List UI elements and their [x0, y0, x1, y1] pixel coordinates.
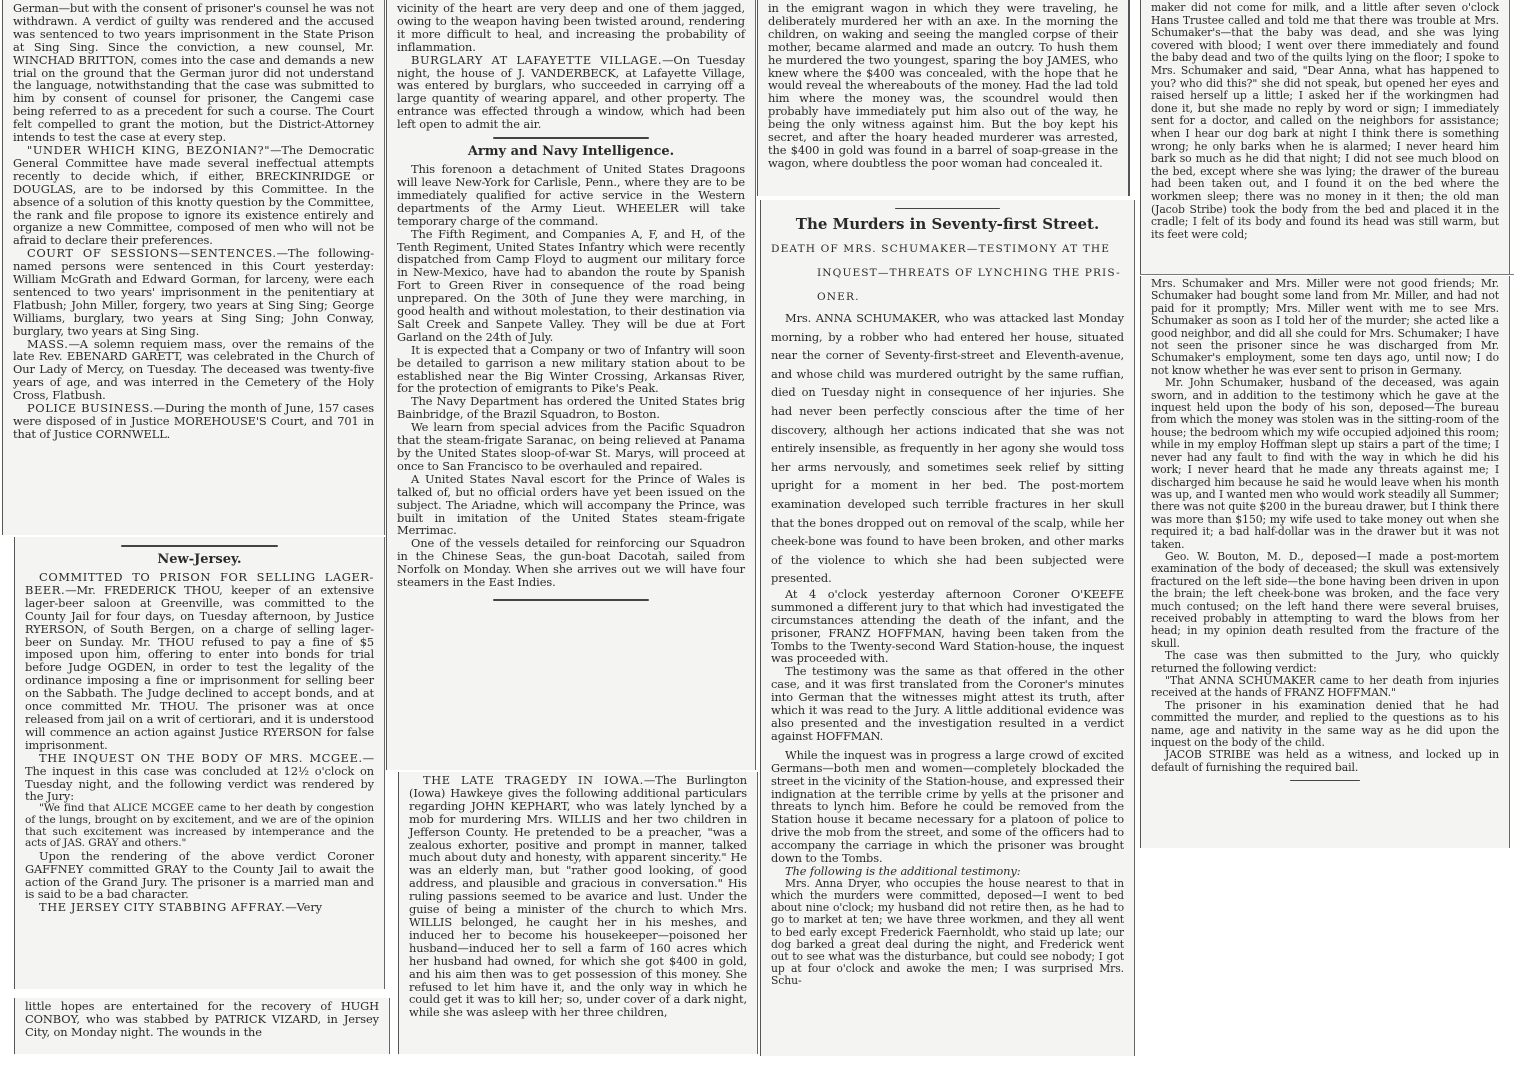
section-divider — [493, 599, 650, 601]
column-2-iowa-tragedy-clipping: THE LATE TRAGEDY IN IOWA.—The Burlington… — [398, 772, 758, 1054]
column-1-top-clipping: German—but with the consent of prisoner'… — [2, 0, 385, 535]
article-paragraph: While the inquest was in progress a larg… — [771, 749, 1124, 865]
section-heading: Army and Navy Intelligence. — [397, 143, 745, 161]
article-text: —The Burlington (Iowa) Hawkeye gives the… — [409, 773, 747, 1019]
article-paragraph: The Fifth Regiment, and Companies A, F, … — [397, 228, 745, 344]
article-paragraph: The following is the additional testimon… — [771, 865, 1124, 878]
testimony-paragraph: Mrs. Anna Dryer, who occupies the house … — [771, 878, 1124, 988]
article-paragraph: JACOB STRIBE was held as a witness, and … — [1151, 749, 1499, 774]
article-paragraph: "UNDER WHICH KING, BEZONIAN?"—The Democr… — [13, 144, 374, 247]
verdict-quote: "That ANNA SCHUMAKER came to her death f… — [1151, 675, 1499, 700]
article-text: in the emigrant wagon in which they were… — [768, 2, 1118, 170]
article-paragraph: A United States Naval escort for the Pri… — [397, 473, 745, 538]
article-paragraph: THE INQUEST ON THE BODY OF MRS. MCGEE.—T… — [25, 752, 374, 804]
article-text: German—but with the consent of prisoner'… — [13, 2, 374, 144]
article-paragraph: This forenoon a detachment of United Sta… — [397, 163, 745, 228]
article-paragraph: The testimony was the same as that offer… — [771, 665, 1124, 742]
article-text: —Very — [285, 900, 322, 914]
column-2-army-navy-clipping: vicinity of the heart are very deep and … — [386, 0, 756, 770]
article-paragraph: It is expected that a Company or two of … — [397, 344, 745, 396]
column-3-seventy-first-street-clipping: The Murders in Seventy-first Street. DEA… — [760, 200, 1135, 1056]
testimony-paragraph: Geo. W. Bouton, M. D., deposed—I made a … — [1151, 551, 1499, 650]
testimony-paragraph: Mr. John Schumaker, husband of the decea… — [1151, 377, 1499, 551]
testimony-text: maker did not come for milk, and a littl… — [1151, 2, 1499, 241]
testimony-text: Mrs. Schumaker and Mrs. Miller were not … — [1151, 278, 1499, 377]
article-paragraph: Upon the rendering of the above verdict … — [25, 850, 374, 902]
column-4-testimony-continued-clipping: Mrs. Schumaker and Mrs. Miller were not … — [1140, 276, 1510, 848]
section-divider — [1290, 780, 1360, 781]
article-text: vicinity of the heart are very deep and … — [397, 2, 745, 54]
article-paragraph: THE LATE TRAGEDY IN IOWA.—The Burlington… — [409, 774, 747, 1019]
article-paragraph: COURT OF SESSIONS—SENTENCES.—The followi… — [13, 247, 374, 337]
article-paragraph: At 4 o'clock yesterday afternoon Coroner… — [771, 588, 1124, 665]
article-paragraph: POLICE BUSINESS.—During the month of Jun… — [13, 402, 374, 441]
article-text: little hopes are entertained for the rec… — [25, 1000, 379, 1039]
article-subheading: INQUEST—THREATS OF LYNCHING THE PRIS- — [771, 261, 1124, 285]
article-lead: THE LATE TRAGEDY IN IOWA. — [423, 773, 644, 787]
article-text: —The Democratic General Committee have m… — [13, 143, 374, 247]
column-3-iowa-continued-clipping: in the emigrant wagon in which they were… — [757, 0, 1130, 196]
column-4-testimony-clipping: maker did not come for milk, and a littl… — [1140, 0, 1510, 274]
article-paragraph: The prisoner in his examination denied t… — [1151, 700, 1499, 750]
article-headline: The Murders in Seventy-first Street. — [771, 213, 1124, 235]
column-1-bottom-clipping: little hopes are entertained for the rec… — [14, 998, 390, 1054]
article-paragraph: THE JERSEY CITY STABBING AFFRAY.—Very — [25, 901, 374, 914]
article-lead: BURGLARY AT LAFAYETTE VILLAGE. — [411, 53, 662, 67]
section-heading: New-Jersey. — [25, 551, 374, 569]
article-paragraph: COMMITTED TO PRISON FOR SELLING LAGER-BE… — [25, 571, 374, 752]
article-lead: THE INQUEST ON THE BODY OF MRS. MCGEE. — [39, 751, 363, 765]
article-paragraph: BURGLARY AT LAFAYETTE VILLAGE.—On Tuesda… — [397, 54, 745, 131]
article-paragraph: We learn from special advices from the P… — [397, 421, 745, 473]
article-subheading: DEATH OF MRS. SCHUMAKER—TESTIMONY AT THE — [771, 237, 1124, 261]
article-lead: "UNDER WHICH KING, BEZONIAN?" — [27, 143, 270, 157]
article-lead: COURT OF SESSIONS—SENTENCES. — [27, 246, 277, 260]
section-divider — [895, 208, 1001, 209]
section-divider — [493, 137, 650, 139]
article-paragraph: One of the vessels detailed for reinforc… — [397, 537, 745, 589]
article-text: —The following-named persons were senten… — [13, 246, 374, 337]
article-lead: POLICE BUSINESS. — [27, 401, 154, 415]
article-lead: THE JERSEY CITY STABBING AFFRAY. — [39, 900, 285, 914]
article-lead: MASS. — [27, 337, 69, 351]
section-divider — [121, 545, 278, 547]
article-text: —Mr. FREDERICK THOU, keeper of an extens… — [25, 583, 374, 752]
article-paragraph: MASS.—A solemn requiem mass, over the re… — [13, 338, 374, 403]
clipping-edge — [1140, 274, 1514, 275]
article-paragraph: The Navy Department has ordered the Unit… — [397, 395, 745, 421]
article-paragraph: The case was then submitted to the Jury,… — [1151, 650, 1499, 675]
article-paragraph: Mrs. ANNA SCHUMAKER, who was attacked la… — [771, 309, 1124, 588]
column-1-new-jersey-clipping: New-Jersey. COMMITTED TO PRISON FOR SELL… — [14, 537, 385, 989]
article-subheading: ONER. — [771, 285, 1124, 309]
verdict-quote: "We find that ALICE MCGEE came to her de… — [25, 803, 374, 849]
